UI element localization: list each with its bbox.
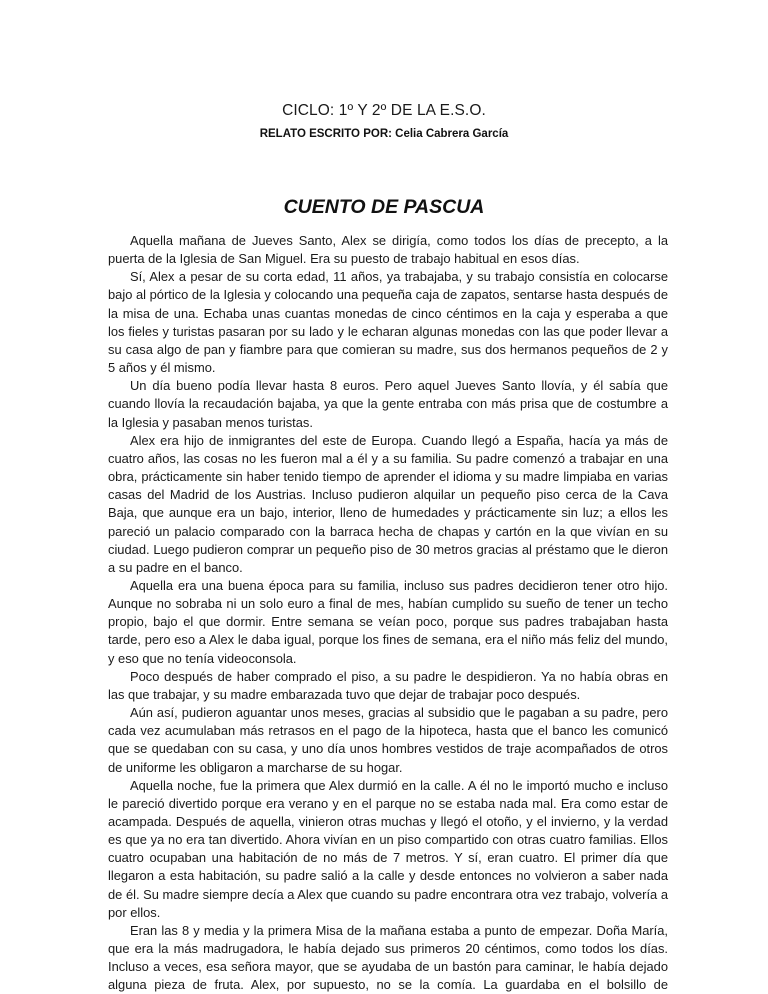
paragraph: Un día bueno podía llevar hasta 8 euros.… bbox=[108, 377, 668, 431]
paragraph: Aquella mañana de Jueves Santo, Alex se … bbox=[108, 232, 668, 268]
paragraph: Aún así, pudieron aguantar unos meses, g… bbox=[108, 704, 668, 777]
paragraph: Eran las 8 y media y la primera Misa de … bbox=[108, 922, 668, 994]
paragraph: Aquella noche, fue la primera que Alex d… bbox=[108, 777, 668, 922]
document-page: CICLO: 1º Y 2º DE LA E.S.O. RELATO ESCRI… bbox=[0, 0, 768, 994]
story-title: CUENTO DE PASCUA bbox=[0, 196, 768, 219]
course-cycle-heading: CICLO: 1º Y 2º DE LA E.S.O. bbox=[0, 102, 768, 120]
paragraph: Alex era hijo de inmigrantes del este de… bbox=[108, 432, 668, 577]
paragraph: Aquella era una buena época para su fami… bbox=[108, 577, 668, 668]
story-body: Aquella mañana de Jueves Santo, Alex se … bbox=[108, 232, 668, 994]
paragraph: Sí, Alex a pesar de su corta edad, 11 añ… bbox=[108, 268, 668, 377]
author-line: RELATO ESCRITO POR: Celia Cabrera García bbox=[0, 128, 768, 140]
paragraph: Poco después de haber comprado el piso, … bbox=[108, 668, 668, 704]
